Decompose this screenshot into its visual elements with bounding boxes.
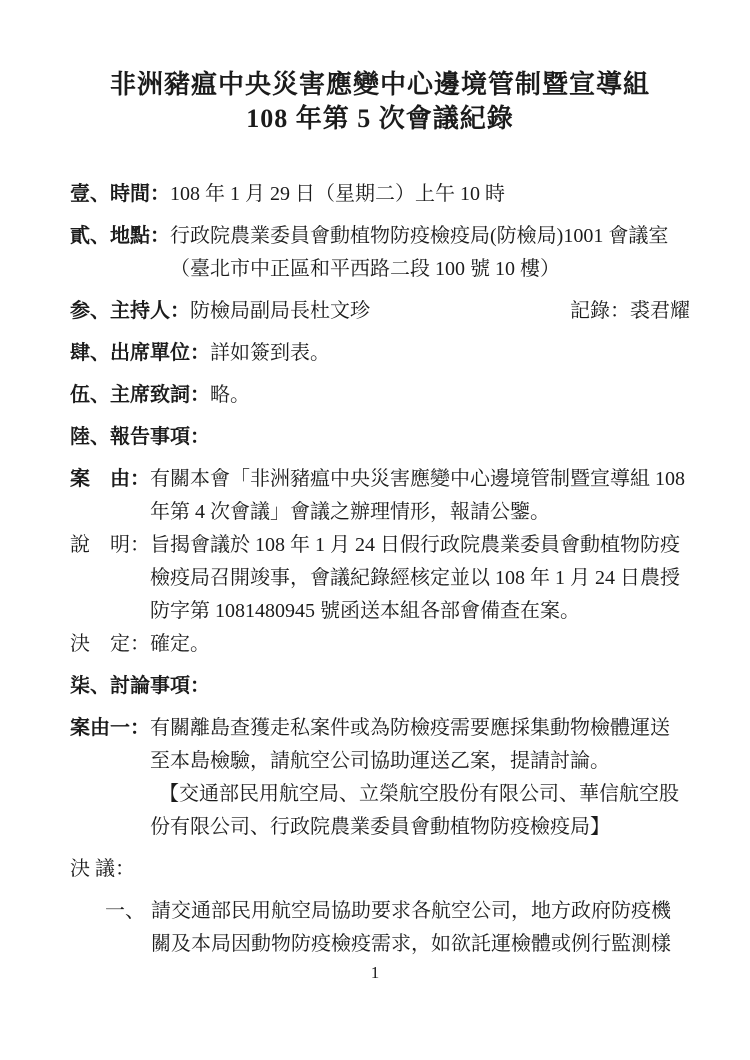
report-explain-line: 旨揭會議於 108 年 1 月 24 日假行政院農業委員會動植物防疫 — [150, 529, 690, 562]
title-line1: 非洲豬瘟中央災害應變中心邊境管制暨宣導組 — [70, 68, 690, 102]
section-place: 貳、地點： 行政院農業委員會動植物防疫檢疫局(防檢局)1001 會議室 （臺北市… — [70, 220, 690, 286]
section-chair: 参、主持人： 防檢局副局長杜文珍 記錄：裘君耀 — [70, 295, 690, 328]
resolution-label: 決 議： — [70, 853, 135, 886]
place-line1: 行政院農業委員會動植物防疫檢疫局(防檢局)1001 會議室 — [170, 220, 690, 253]
document-page: 非洲豬瘟中央災害應變中心邊境管制暨宣導組 108 年第 5 次會議紀錄 壹、時間… — [0, 0, 750, 1060]
resolution-item-line: 請交通部民用航空局協助要求各航空公司，地方政府防疫機 — [151, 895, 690, 928]
report-case-line: 年第 4 次會議」會議之辦理情形，報請公鑒。 — [150, 496, 690, 529]
report-explain-line: 防字第 1081480945 號函送本組各部會備查在案。 — [150, 595, 690, 628]
report-heading: 陸、報告事項： — [70, 421, 210, 454]
time-label: 壹、時間： — [70, 178, 170, 211]
resolution-heading: 決 議： — [70, 853, 690, 886]
recorder-value: 記錄：裘君耀 — [570, 295, 690, 328]
document-title: 非洲豬瘟中央災害應變中心邊境管制暨宣導組 108 年第 5 次會議紀錄 — [70, 68, 690, 136]
report-decision-label: 決 定： — [70, 628, 150, 661]
discussion-case1-label: 案由一： — [70, 712, 150, 745]
chair-value: 防檢局副局長杜文珍 — [190, 295, 370, 328]
section-report-heading: 陸、報告事項： — [70, 421, 690, 454]
attendees-label: 肆、出席單位： — [70, 337, 210, 370]
place-label: 貳、地點： — [70, 220, 170, 253]
section-time: 壹、時間： 108 年 1 月 29 日（星期二）上午 10 時 — [70, 178, 690, 211]
discussion-case1-line: 份有限公司、行政院農業委員會動植物防疫檢疫局】 — [150, 811, 690, 844]
place-line2: （臺北市中正區和平西路二段 100 號 10 樓） — [170, 253, 690, 286]
chair-label: 参、主持人： — [70, 295, 190, 328]
resolution-item-line: 關及本局因動物防疫檢疫需求，如欲託運檢體或例行監測樣 — [151, 928, 690, 961]
discussion-case1: 案由一： 有關離島查獲走私案件或為防檢疫需要應採集動物檢體運送 至本島檢驗，請航… — [70, 712, 690, 844]
attendees-value: 詳如簽到表。 — [210, 337, 690, 370]
title-line2: 108 年第 5 次會議紀錄 — [70, 102, 690, 136]
report-explanation: 說 明： 旨揭會議於 108 年 1 月 24 日假行政院農業委員會動植物防疫 … — [70, 529, 690, 628]
page-number: 1 — [0, 962, 750, 983]
time-value: 108 年 1 月 29 日（星期二）上午 10 時 — [170, 178, 690, 211]
discussion-case1-line: 至本島檢驗，請航空公司協助運送乙案，提請討論。 — [150, 745, 690, 778]
resolution-item-number: 一、 — [105, 895, 151, 928]
discussion-heading: 柒、討論事項： — [70, 670, 210, 703]
report-explain-label: 說 明： — [70, 529, 150, 562]
section-attendees: 肆、出席單位： 詳如簽到表。 — [70, 337, 690, 370]
report-case-label: 案 由： — [70, 463, 150, 496]
section-remarks: 伍、主席致詞： 略。 — [70, 379, 690, 412]
remarks-value: 略。 — [210, 379, 690, 412]
remarks-label: 伍、主席致詞： — [70, 379, 210, 412]
resolution-item-1: 一、 請交通部民用航空局協助要求各航空公司，地方政府防疫機 關及本局因動物防疫檢… — [105, 895, 690, 961]
report-case: 案 由： 有關本會「非洲豬瘟中央災害應變中心邊境管制暨宣導組 108 年第 4 … — [70, 463, 690, 529]
report-decision: 決 定： 確定。 — [70, 628, 690, 661]
report-decision-value: 確定。 — [150, 628, 690, 661]
section-discussion-heading: 柒、討論事項： — [70, 670, 690, 703]
report-case-line: 有關本會「非洲豬瘟中央災害應變中心邊境管制暨宣導組 108 — [150, 463, 690, 496]
discussion-case1-line: 有關離島查獲走私案件或為防檢疫需要應採集動物檢體運送 — [150, 712, 690, 745]
discussion-case1-line: 【交通部民用航空局、立榮航空股份有限公司、華信航空股 — [159, 778, 690, 811]
report-explain-line: 檢疫局召開竣事，會議紀錄經核定並以 108 年 1 月 24 日農授 — [150, 562, 690, 595]
